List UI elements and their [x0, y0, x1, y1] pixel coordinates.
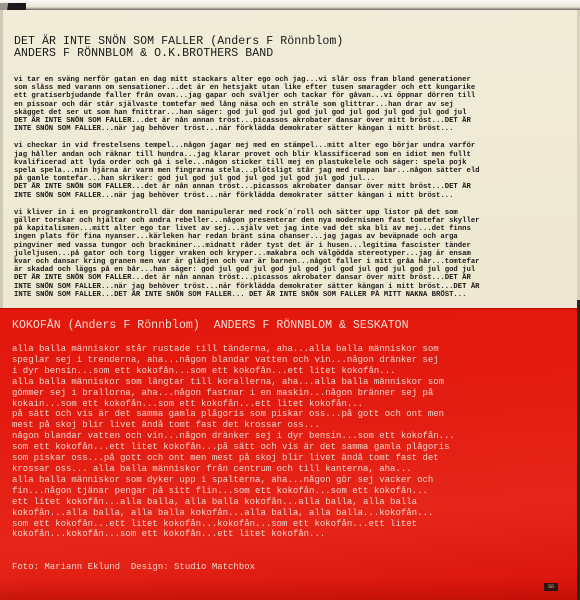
lyric-line: juleljusen...på gator och torg ligger vr…: [14, 250, 574, 258]
lyric-line: kokain...som ett kokofån...som ett kokof…: [12, 399, 572, 410]
verse: vi tar en sväng nerför gatan en dag mitt…: [14, 76, 574, 133]
lyric-line: kokofån...alla balla, alla balla kokofån…: [12, 508, 572, 519]
lyric-line: alla balla människor som längtar till ko…: [12, 377, 572, 388]
lyric-line: en pissoar och där står självaste tomtef…: [14, 101, 574, 109]
lyric-line: krossar oss... alla balla människor från…: [12, 464, 572, 475]
lyric-line: vi tar en sväng nerför gatan en dag mitt…: [14, 76, 574, 84]
lyric-line: som ett kokofån...ett litet kokofån...på…: [12, 442, 572, 453]
lyric-line: någon blandar vatten och vin...någon drä…: [12, 431, 572, 442]
credits: Foto: Mariann Eklund Design: Studio Matc…: [12, 562, 572, 573]
lyric-line: som ett kokofån...ett litet kokofån...ko…: [12, 519, 572, 530]
lyric-line: ett gratiserbjudande faller från ovan...…: [14, 92, 574, 100]
lyric-line: ingen plats för fina nyanser...kärleken …: [14, 233, 574, 241]
song-1-artist: ANDERS F RÖNNBLOM & O.K.BROTHERS BAND: [14, 48, 574, 60]
lyric-line: ett litet kokofån...alla balla, alla bal…: [12, 497, 572, 508]
lyric-line: pingviner med vassa tungor och brackmine…: [14, 242, 574, 250]
lyric-line: kvalificerad att lyda order och gå i sel…: [14, 159, 574, 167]
record-label-logo: SUS: [544, 583, 558, 591]
lyric-line: alla balla människor som dyker upp i spa…: [12, 475, 572, 486]
lyric-line: DET ÄR INTE SNÖN SOM FALLER...det är nån…: [14, 183, 574, 191]
lyric-line: INTE SNÖN SOM FALLER...när jag behöver t…: [14, 192, 574, 200]
song-2-lyrics: alla balla människor står rustade till t…: [12, 344, 572, 540]
lyric-line: gömmer sej i brallorna, aha...någon fast…: [12, 388, 572, 399]
record-sleeve-back: DET ÄR INTE SNÖN SOM FALLER (Anders F Rö…: [0, 0, 580, 600]
lyric-line: vi kliver in i en programkontroll där do…: [14, 209, 574, 217]
sleeve-left-edge: [0, 10, 3, 310]
lyric-line: vi checkar in vid frestelsens tempel...n…: [14, 142, 574, 150]
lyric-line: DET ÄR INTE SNÖN SOM FALLER...det är nån…: [14, 117, 574, 125]
song-1-lyrics: vi tar en sväng nerför gatan en dag mitt…: [14, 76, 574, 299]
song-1-section: DET ÄR INTE SNÖN SOM FALLER (Anders F Rö…: [14, 36, 574, 308]
lyric-line: spela spela...min hjärna är varm men fin…: [14, 167, 574, 175]
corner-mark: [0, 3, 26, 10]
lyric-line: kokofån...kokofån...som ett kokofån...et…: [12, 529, 572, 540]
lyric-line: jag håller andan och räknar till hundra.…: [14, 151, 574, 159]
lyric-line: fin...någon tjänar pengar på sitt flin..…: [12, 486, 572, 497]
lyric-line: som piskar oss...på gott och ont men mes…: [12, 453, 572, 464]
lyric-line: speglar sej i trenderna, aha...någon bla…: [12, 355, 572, 366]
song-2-title: KOKOFÅN (Anders F Rönnblom) ANDERS F RÖN…: [12, 320, 572, 332]
lyric-line: INTE SNÖN SOM FALLER...när jag behöver t…: [14, 283, 574, 291]
lyric-line: INTE SNÖN SOM FALLER...när jag behöver t…: [14, 125, 574, 133]
lyric-line: INTE SNÖN SOM FALLER...DET ÄR INTE SNÖN …: [14, 291, 574, 299]
song-2-section: KOKOFÅN (Anders F Rönnblom) ANDERS F RÖN…: [12, 320, 572, 573]
lyric-line: mest på skoj blir livet ändå tomt fast d…: [12, 420, 572, 431]
verse: vi checkar in vid frestelsens tempel...n…: [14, 142, 574, 199]
lyric-line: kvar och dansar kring granen men var är …: [14, 258, 574, 266]
lyric-line: på kapitalismen...mitt alter ego tar liv…: [14, 225, 574, 233]
verse: vi kliver in i en programkontroll där do…: [14, 209, 574, 299]
lyric-line: gäller torskar och hjältar och andra reb…: [14, 217, 574, 225]
lyric-line: i dyr bensin...som ett kokofån...som ett…: [12, 366, 572, 377]
lyric-line: på sätt och vis är det samma gamla plågo…: [12, 409, 572, 420]
lyric-line: DET ÄR INTE SNÖN SOM FALLER...det är nån…: [14, 274, 574, 282]
lyric-line: skägget det ser ut som han fnittrar...ha…: [14, 109, 574, 117]
lyric-line: som slåss med varann om sensationer...de…: [14, 84, 574, 92]
sleeve-top-edge: [0, 0, 580, 10]
sleeve-crease-shadow: [0, 579, 580, 600]
lyric-line: alla balla människor står rustade till t…: [12, 344, 572, 355]
